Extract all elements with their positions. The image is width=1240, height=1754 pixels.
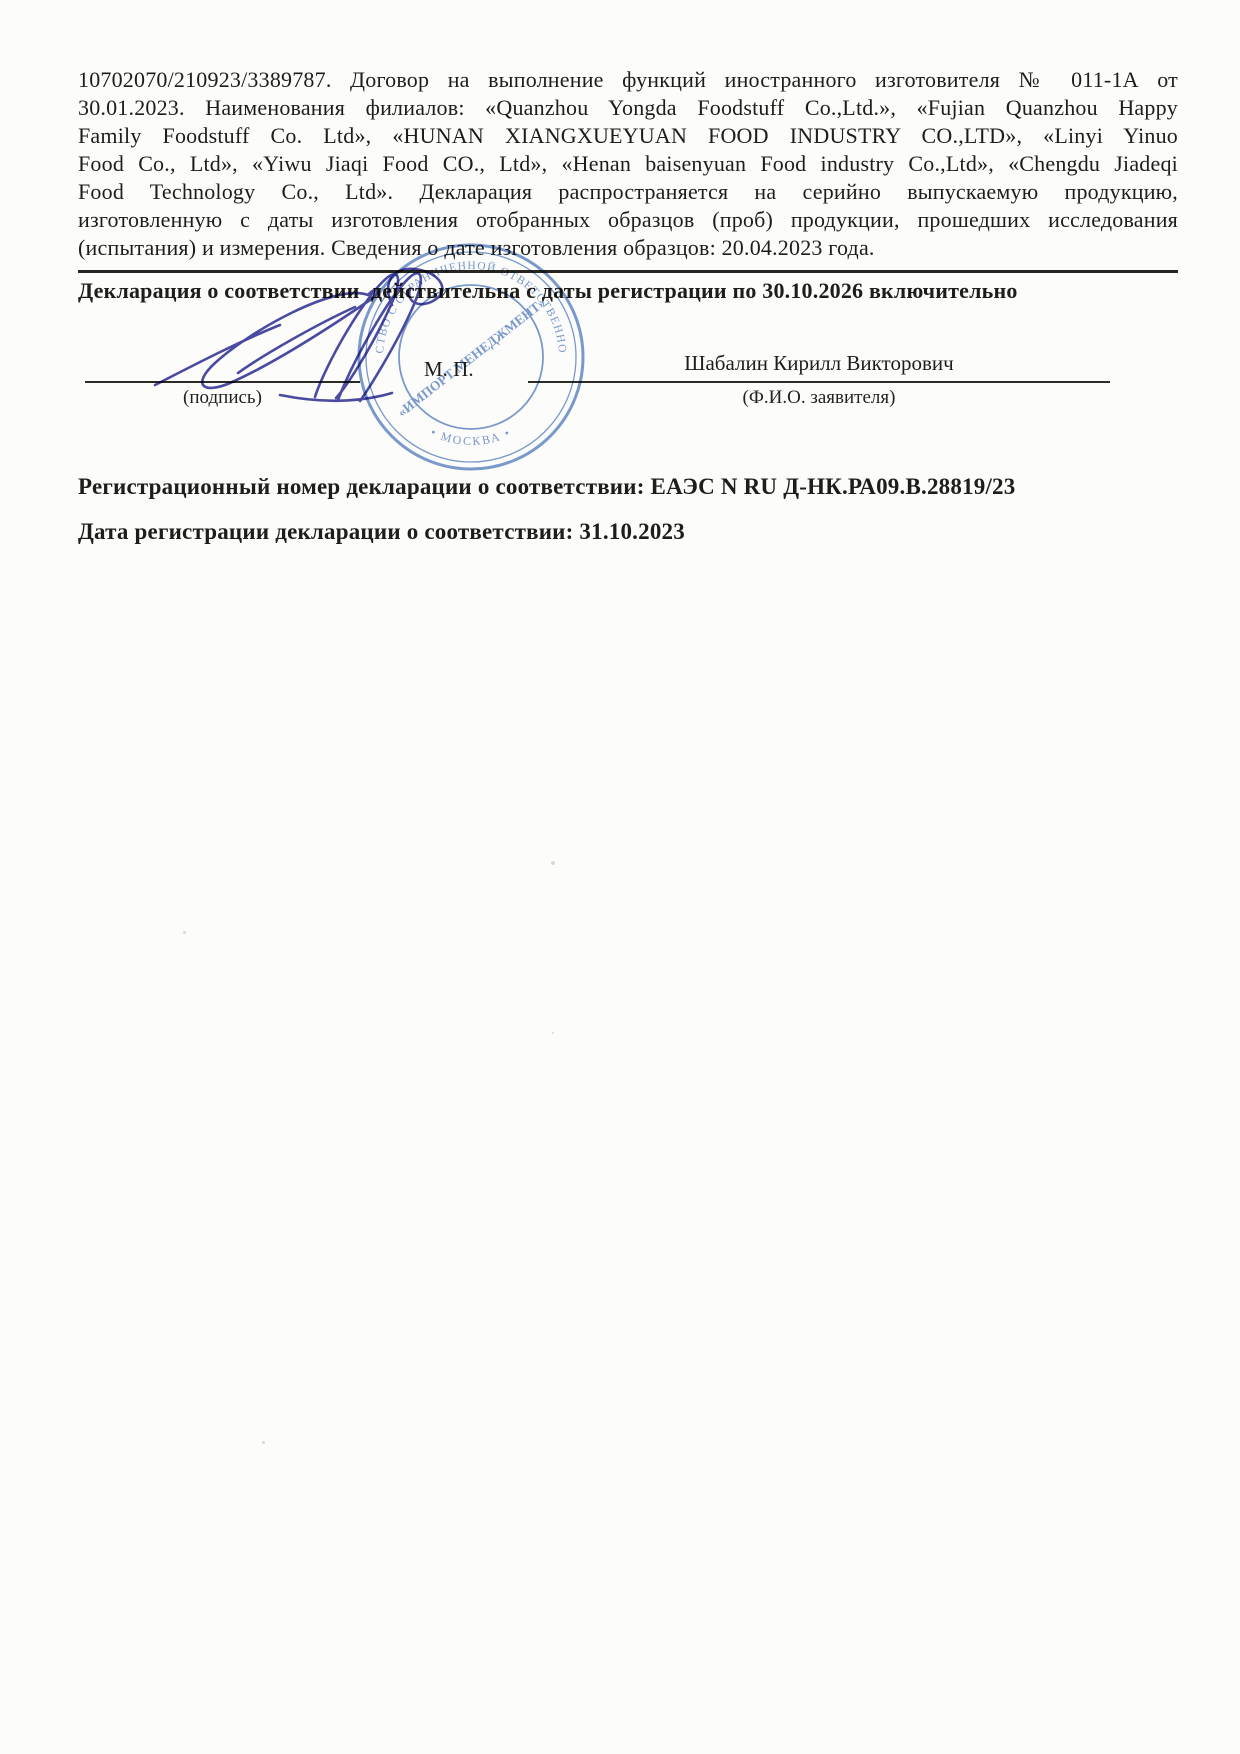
paragraph-line: 10702070/210923/3389787. Договор на выпо… bbox=[78, 66, 1178, 94]
scan-speck bbox=[183, 931, 186, 934]
paragraph-line: Family Foodstuff Co. Ltd», «HUNAN XIANGX… bbox=[78, 122, 1178, 150]
document-page: 10702070/210923/3389787. Договор на выпо… bbox=[0, 0, 1240, 1754]
scan-speck bbox=[552, 1032, 554, 1034]
applicant-name: Шабалин Кирилл Викторович bbox=[528, 351, 1110, 376]
scan-speck bbox=[551, 861, 555, 865]
applicant-caption: (Ф.И.О. заявителя) bbox=[528, 387, 1110, 409]
applicant-name-line bbox=[528, 381, 1110, 383]
scan-speck bbox=[262, 1441, 265, 1444]
declaration-paragraph: 10702070/210923/3389787. Договор на выпо… bbox=[78, 66, 1178, 262]
paragraph-line: изготовленную с даты изготовления отобра… bbox=[78, 206, 1178, 234]
paragraph-line: Food Co., Ltd», «Yiwu Jiaqi Food CO., Lt… bbox=[78, 150, 1178, 178]
registration-date-line: Дата регистрации декларации о соответств… bbox=[78, 519, 1188, 545]
registration-number-line: Регистрационный номер декларации о соотв… bbox=[78, 474, 1188, 500]
handwritten-signature bbox=[130, 245, 480, 410]
paragraph-line: Food Technology Co., Ltd». Декларация ра… bbox=[78, 178, 1178, 206]
paragraph-line: 30.01.2023. Наименования филиалов: «Quan… bbox=[78, 94, 1178, 122]
